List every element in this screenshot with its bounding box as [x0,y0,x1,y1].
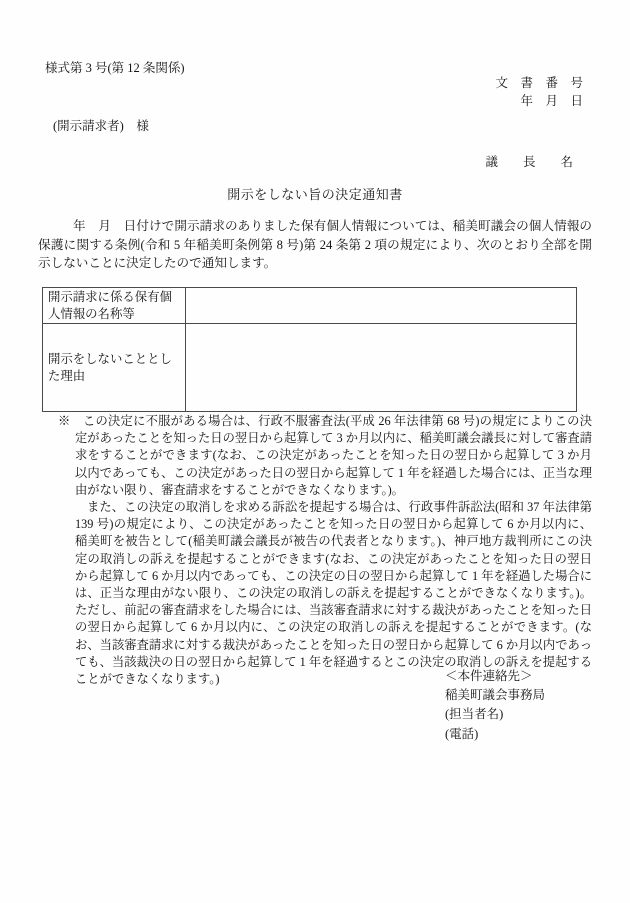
issuer-line: 議 長 名 [485,154,573,171]
table-label-name: 開示請求に係る保有個人情報の名称等 [43,288,186,324]
table-value-reason [186,324,577,412]
table-value-name [186,288,577,324]
date-line: 年 月 日 [520,93,583,110]
contact-block: ＜本件連絡先＞ 稲美町議会事務局 (担当者名) (電話) [445,667,545,744]
document-title: 開示をしない旨の決定通知書 [0,184,630,203]
disclosure-table: 開示請求に係る保有個人情報の名称等 開示をしないこととした理由 [42,287,577,412]
contact-phone: (電話) [445,725,545,744]
note-section: ※ この決定に不服がある場合は、行政不服審査法(平成 26 年法律第 68 号)… [58,413,592,688]
table-row-reason: 開示をしないこととした理由 [43,324,577,412]
note-paragraph-lawsuit: また、この決定の取消しを求める訴訟を提起する場合は、行政事件訴訟法(昭和 37 … [58,499,592,688]
note-paragraph-appeal-text: この決定に不服がある場合は、行政不服審査法(平成 26 年法律第 68 号)の規… [75,414,592,497]
table-label-reason: 開示をしないこととした理由 [43,324,186,412]
table-row-name: 開示請求に係る保有個人情報の名称等 [43,288,577,324]
document-number-label: 文 書 番 号 [495,75,583,92]
contact-heading: ＜本件連絡先＞ [445,667,545,686]
document-page: 様式第 3 号(第 12 条関係) 文 書 番 号 年 月 日 (開示請求者) … [0,0,630,903]
contact-person: (担当者名) [445,705,545,724]
recipient-line: (開示請求者) 様 [53,118,149,135]
form-number: 様式第 3 号(第 12 条関係) [45,60,185,77]
note-paragraph-appeal: ※ この決定に不服がある場合は、行政不服審査法(平成 26 年法律第 68 号)… [58,413,592,499]
intro-paragraph: 年 月 日付けで開示請求のありました保有個人情報については、稲美町議会の個人情報… [38,217,592,273]
note-asterisk-marker: ※ [58,414,83,428]
contact-office: 稲美町議会事務局 [445,686,545,705]
